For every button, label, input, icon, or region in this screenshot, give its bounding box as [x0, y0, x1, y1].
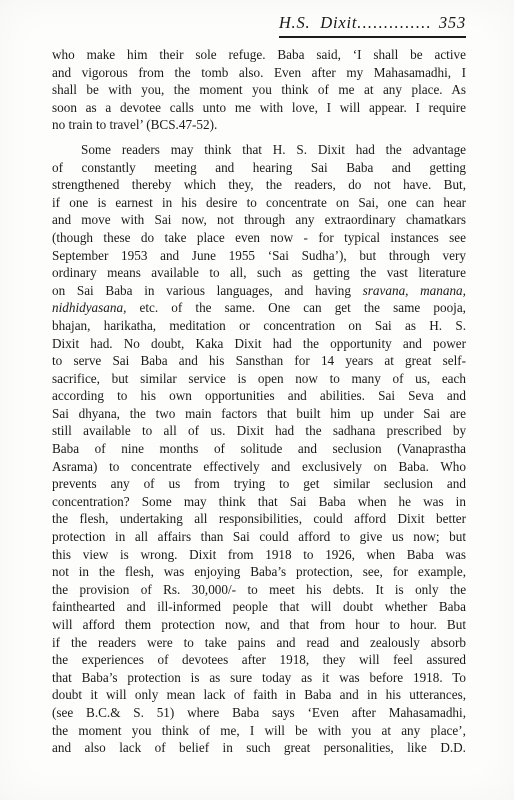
text-line: the flesh, undertaking all responsibilit… — [52, 510, 466, 528]
page-number: 353 — [439, 13, 466, 32]
running-header: H.S. Dixit..............353 — [52, 12, 466, 38]
text-line: shall be with you, the moment you think … — [52, 81, 466, 99]
text-line: the provision of Rs. 30,000/- to meet hi… — [52, 581, 466, 599]
chapter-title: H.S. Dixit — [279, 13, 357, 32]
text-line: Dixit had. No doubt, Kaka Dixit had the … — [52, 335, 466, 353]
text-line: concentration? Some may think that Sai B… — [52, 493, 466, 511]
text-line: and also lack of belief in such great pe… — [52, 739, 466, 757]
text-line: if one is earnest in his desire to conce… — [52, 194, 466, 212]
text-line: according to his own opportunities and a… — [52, 387, 466, 405]
text-line: nidhidyasana, etc. of the same. One can … — [52, 299, 466, 317]
text-line: protection in all affairs than Sai could… — [52, 528, 466, 546]
text-line: no train to travel’ (BCS.47-52). — [52, 116, 466, 134]
text-line: (though these do take place even now - f… — [52, 229, 466, 247]
text-line: this view is wrong. Dixit from 1918 to 1… — [52, 546, 466, 564]
text-line: and vigorous from the tomb also. Even af… — [52, 64, 466, 82]
text-line: (see B.C.& S. 51) where Baba says ‘Even … — [52, 704, 466, 722]
text-line: the moment you think of me, I will be wi… — [52, 722, 466, 740]
text-line: still available to all of us. Dixit had … — [52, 422, 466, 440]
text-line: September 1953 and June 1955 ‘Sai Sudha’… — [52, 247, 466, 265]
text-line: if the readers were to take pains and re… — [52, 634, 466, 652]
text-line: and move with Sai now, not through any e… — [52, 211, 466, 229]
header-dots: .............. — [357, 13, 432, 32]
text-line: to serve Sai Baba and his Sansthan for 1… — [52, 352, 466, 370]
paragraph: Some readers may think that H. S. Dixit … — [52, 141, 466, 757]
text-line: will afford them protection now, and tha… — [52, 616, 466, 634]
paragraph: who make him their sole refuge. Baba sai… — [52, 46, 466, 134]
text-line: Some readers may think that H. S. Dixit … — [52, 141, 466, 159]
text-line: prevents any of us from trying to get si… — [52, 475, 466, 493]
text-line: of constantly meeting and hearing Sai Ba… — [52, 159, 466, 177]
text-line: doubt it will only mean lack of faith in… — [52, 686, 466, 704]
text-line: on Sai Baba in various languages, and ha… — [52, 282, 466, 300]
page-body: who make him their sole refuge. Baba sai… — [52, 46, 466, 757]
text-line: ordinary means available to all, such as… — [52, 264, 466, 282]
text-line: Baba of nine months of solitude and secl… — [52, 440, 466, 458]
text-line: fainthearted and ill-informed people tha… — [52, 598, 466, 616]
text-line: sacrifice, but similar service is open n… — [52, 370, 466, 388]
text-line: soon as a devotee calls unto me with lov… — [52, 99, 466, 117]
text-line: that Baba’s protection is as sure today … — [52, 669, 466, 687]
text-line: Asrama) to concentrate effectively and e… — [52, 458, 466, 476]
book-page: H.S. Dixit..............353 who make him… — [0, 0, 514, 800]
text-line: Sai dhyana, the two main factors that bu… — [52, 405, 466, 423]
text-line: bhajan, harikatha, meditation or concent… — [52, 317, 466, 335]
text-line: strengthened thereby which they, the rea… — [52, 176, 466, 194]
text-line: the experiences of devotees after 1918, … — [52, 651, 466, 669]
text-line: who make him their sole refuge. Baba sai… — [52, 46, 466, 64]
header-underline: H.S. Dixit..............353 — [279, 12, 466, 38]
text-line: not in the flesh, was enjoying Baba’s pr… — [52, 563, 466, 581]
